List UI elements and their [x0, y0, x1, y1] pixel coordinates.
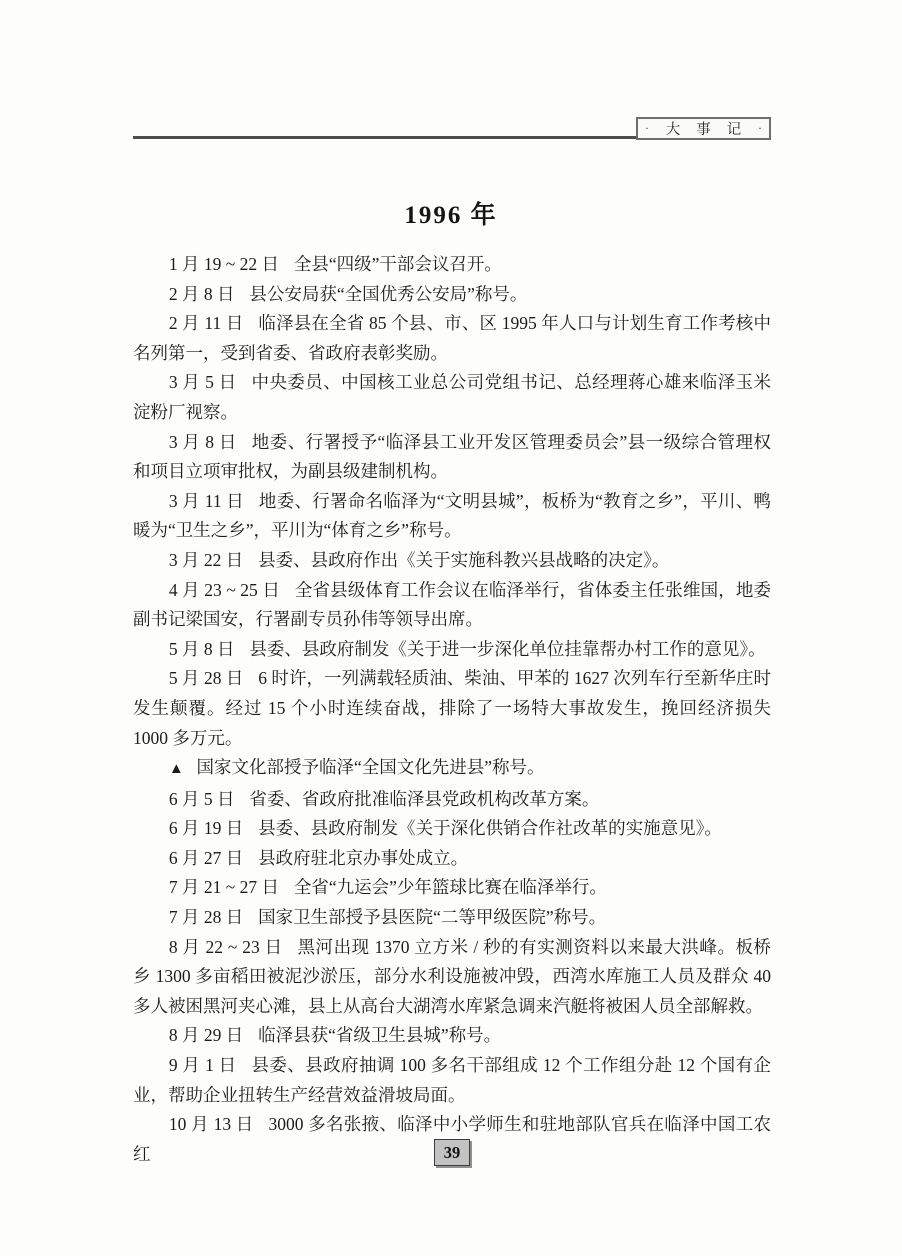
event-text: 临泽县获“省级卫生县城”称号。: [258, 1025, 501, 1045]
separator-dot-right: ·: [758, 121, 762, 136]
event-date: 2 月 11 日: [169, 313, 244, 333]
event-text: 省委、省政府批准临泽县党政机构改革方案。: [249, 789, 599, 809]
event-paragraph: 5 月 28 日6 时许，一列满载轻质油、柴油、甲苯的 1627 次列车行至新华…: [133, 664, 771, 753]
page-title: 1996 年: [0, 195, 902, 231]
event-date: 8 月 29 日: [169, 1025, 243, 1045]
event-paragraph: 1 月 19 ~ 22 日全县“四级”干部会议召开。: [133, 250, 771, 280]
event-paragraph: 3 月 11 日地委、行署命名临泽为“文明县城”，板桥为“教育之乡”，平川、鸭暖…: [133, 487, 771, 546]
event-date: 8 月 22 ~ 23 日: [169, 937, 283, 957]
page-header: · 大事记 ·: [133, 117, 771, 140]
event-date: 3 月 5 日: [169, 372, 237, 392]
event-text: 县委、县政府制发《关于深化供销合作社改革的实施意见》。: [258, 818, 722, 838]
event-text: 国家文化部授予临泽“全国文化先进县”称号。: [196, 757, 544, 777]
event-paragraph: 5 月 8 日县委、县政府制发《关于进一步深化单位挂靠帮办村工作的意见》。: [133, 635, 771, 665]
event-date: 6 月 19 日: [169, 818, 243, 838]
event-paragraph: 7 月 21 ~ 27 日全省“九运会”少年篮球比赛在临泽举行。: [133, 873, 771, 903]
event-date: 3 月 11 日: [169, 491, 244, 511]
triangle-marker-icon: ▲: [169, 761, 184, 777]
event-date: 5 月 8 日: [169, 639, 235, 659]
event-date: 5 月 28 日: [169, 668, 244, 688]
event-paragraph: 8 月 22 ~ 23 日黑河出现 1370 立方米 / 秒的有实测资料以来最大…: [133, 933, 771, 1022]
event-date: 3 月 8 日: [169, 432, 237, 452]
event-date: 9 月 1 日: [169, 1055, 237, 1075]
event-paragraph: 2 月 11 日临泽县在全省 85 个县、市、区 1995 年人口与计划生育工作…: [133, 309, 771, 368]
event-text: 县政府驻北京办事处成立。: [258, 848, 468, 868]
event-paragraph: 6 月 5 日省委、省政府批准临泽县党政机构改革方案。: [133, 785, 771, 815]
event-date: 4 月 23 ~ 25 日: [169, 580, 280, 600]
page-number: 39: [434, 1139, 470, 1166]
separator-dot-left: ·: [645, 121, 649, 136]
event-paragraph: 7 月 28 日国家卫生部授予县医院“二等甲级医院”称号。: [133, 903, 771, 933]
event-paragraph: 3 月 22 日县委、县政府作出《关于实施科教兴县战略的决定》。: [133, 546, 771, 576]
event-paragraph: 2 月 8 日县公安局获“全国优秀公安局”称号。: [133, 280, 771, 310]
event-paragraph: 6 月 19 日县委、县政府制发《关于深化供销合作社改革的实施意见》。: [133, 814, 771, 844]
event-paragraph: 3 月 8 日地委、行署授予“临泽县工业开发区管理委员会”县一级综合管理权和项目…: [133, 428, 771, 487]
event-text: 国家卫生部授予县医院“二等甲级医院”称号。: [258, 907, 606, 927]
event-date: 7 月 28 日: [169, 907, 243, 927]
event-date: 10 月 13 日: [169, 1114, 254, 1134]
event-date: 3 月 22 日: [169, 550, 243, 570]
running-head-box: · 大事记 ·: [636, 117, 771, 140]
event-text: 全省“九运会”少年篮球比赛在临泽举行。: [294, 877, 607, 897]
document-page: · 大事记 · 1996 年 1 月 19 ~ 22 日全县“四级”干部会议召开…: [0, 0, 902, 1256]
event-date: 1 月 19 ~ 22 日: [169, 254, 279, 274]
event-text: 县委、县政府作出《关于实施科教兴县战略的决定》。: [258, 550, 669, 570]
body-text: 1 月 19 ~ 22 日全县“四级”干部会议召开。2 月 8 日县公安局获“全…: [133, 250, 771, 1169]
header-rule: [133, 136, 636, 139]
event-paragraph: 8 月 29 日临泽县获“省级卫生县城”称号。: [133, 1021, 771, 1051]
event-paragraph: 3 月 5 日中央委员、中国核工业总公司党组书记、总经理蒋心雄来临泽玉米淀粉厂视…: [133, 368, 771, 427]
running-head-label: 大事记: [666, 118, 758, 139]
event-text: 全县“四级”干部会议召开。: [294, 254, 502, 274]
event-date: 2 月 8 日: [169, 284, 235, 304]
event-date: 6 月 5 日: [169, 789, 235, 809]
event-paragraph: 4 月 23 ~ 25 日全省县级体育工作会议在临泽举行，省体委主任张维国，地委…: [133, 576, 771, 635]
event-date: 7 月 21 ~ 27 日: [169, 877, 279, 897]
event-text: 县委、县政府制发《关于进一步深化单位挂靠帮办村工作的意见》。: [249, 639, 765, 659]
event-paragraph: ▲国家文化部授予临泽“全国文化先进县”称号。: [133, 753, 771, 785]
event-paragraph: 9 月 1 日县委、县政府抽调 100 多名干部组成 12 个工作组分赴 12 …: [133, 1051, 771, 1110]
event-paragraph: 6 月 27 日县政府驻北京办事处成立。: [133, 844, 771, 874]
event-text: 县公安局获“全国优秀公安局”称号。: [249, 284, 527, 304]
event-date: 6 月 27 日: [169, 848, 243, 868]
